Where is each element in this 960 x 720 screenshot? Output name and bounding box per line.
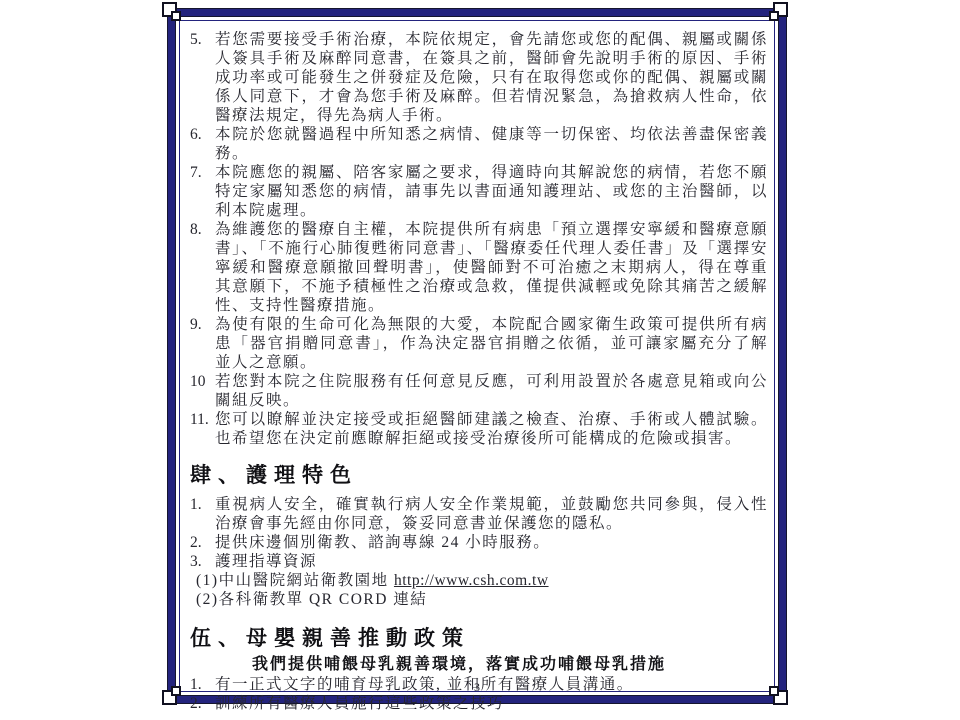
list-item-number: 7.	[190, 163, 202, 182]
list-item-text: 若您對本院之住院服務有任何意見反應，可利用設置於各處意見箱或向公關組反映。	[215, 373, 768, 409]
list-item-number: 8.	[190, 220, 202, 239]
list-item-number: 2.	[190, 533, 202, 552]
list-item: 7. 本院應您的親屬、陪客家屬之要求，得適時向其解說您的病情，若您不願特定家屬知…	[190, 163, 768, 220]
list-item-text: 若您需要接受手術治療，本院依規定，會先請您或您的配偶、親屬或關係人簽具手術及麻醉…	[215, 31, 768, 124]
list-item: 6. 本院於您就醫過程中所知悉之病情、健康等一切保密、均依法善盡保密義務。	[190, 125, 768, 163]
section-heading-breastfeeding: 伍、母嬰親善推動政策	[190, 625, 768, 651]
list-subitem-text: (1)中山醫院網站衛教園地	[196, 572, 394, 589]
list-item-number: 10	[190, 372, 206, 391]
list-item-text: 為維護您的醫療自主權，本院提供所有病患「預立選擇安寧緩和醫療意願書」、「不施行心…	[215, 221, 768, 314]
page-number: 3	[168, 680, 786, 694]
corner-ornament-top-right-icon	[768, 2, 788, 22]
list-subitem-text: (2)各科衛教單 QR CORD 連結	[196, 591, 427, 608]
list-item-text: 本院應您的親屬、陪客家屬之要求，得適時向其解說您的病情，若您不願特定家屬知悉您的…	[215, 164, 768, 219]
health-education-link[interactable]: http://www.csh.com.tw	[394, 572, 549, 589]
list-item-number: 11.	[190, 410, 209, 429]
list-item-text: 提供床邊個別衛教、諮詢專線 24 小時服務。	[215, 534, 550, 551]
section-heading-nursing: 肆、護理特色	[190, 462, 768, 488]
section-subtitle: 我們提供哺餵母乳親善環境，落實成功哺餵母乳措施	[190, 654, 768, 675]
list-item-text: 您可以瞭解並決定接受或拒絕醫師建議之檢查、治療、手術或人體試驗。也希望您在決定前…	[215, 411, 768, 447]
corner-ornament-top-left-icon	[162, 2, 182, 22]
list-item: 11. 您可以瞭解並決定接受或拒絕醫師建議之檢查、治療、手術或人體試驗。也希望您…	[190, 410, 768, 448]
list-item: 2. 訓練所有醫療人員施行這些政策之技巧	[190, 694, 768, 713]
list-item-number: 2.	[190, 694, 202, 713]
list-item: 8. 為維護您的醫療自主權，本院提供所有病患「預立選擇安寧緩和醫療意願書」、「不…	[190, 220, 768, 315]
list-item-text: 訓練所有醫療人員施行這些政策之技巧	[215, 695, 504, 712]
list-item: 10 若您對本院之住院服務有任何意見反應，可利用設置於各處意見箱或向公關組反映。	[190, 372, 768, 410]
list-item: 5. 若您需要接受手術治療，本院依規定，會先請您或您的配偶、親屬或關係人簽具手術…	[190, 30, 768, 125]
list-subitem: (1)中山醫院網站衛教園地 http://www.csh.com.tw	[190, 571, 768, 590]
list-item-text: 重視病人安全，確實執行病人安全作業規範，並鼓勵您共同參與，侵入性治療會事先經由你…	[215, 496, 768, 532]
list-item: 2. 提供床邊個別衛教、諮詢專線 24 小時服務。	[190, 533, 768, 552]
document-body: 5. 若您需要接受手術治療，本院依規定，會先請您或您的配偶、親屬或關係人簽具手術…	[190, 30, 768, 713]
list-item-number: 1.	[190, 495, 202, 514]
list-item-number: 9.	[190, 315, 202, 334]
list-item-number: 5.	[190, 30, 202, 49]
list-item-number: 3.	[190, 552, 202, 571]
list-item: 3. 護理指導資源	[190, 552, 768, 571]
list-item-text: 本院於您就醫過程中所知悉之病情、健康等一切保密、均依法善盡保密義務。	[215, 126, 768, 162]
list-item: 9. 為使有限的生命可化為無限的大愛，本院配合國家衛生政策可提供所有病患「器官捐…	[190, 315, 768, 372]
list-item-text: 為使有限的生命可化為無限的大愛，本院配合國家衛生政策可提供所有病患「器官捐贈同意…	[215, 316, 768, 371]
list-subitem: (2)各科衛教單 QR CORD 連結	[190, 590, 768, 609]
list-item-text: 護理指導資源	[215, 553, 317, 570]
list-item: 1. 重視病人安全，確實執行病人安全作業規範，並鼓勵您共同參與，侵入性治療會事先…	[190, 495, 768, 533]
list-item-number: 6.	[190, 125, 202, 144]
